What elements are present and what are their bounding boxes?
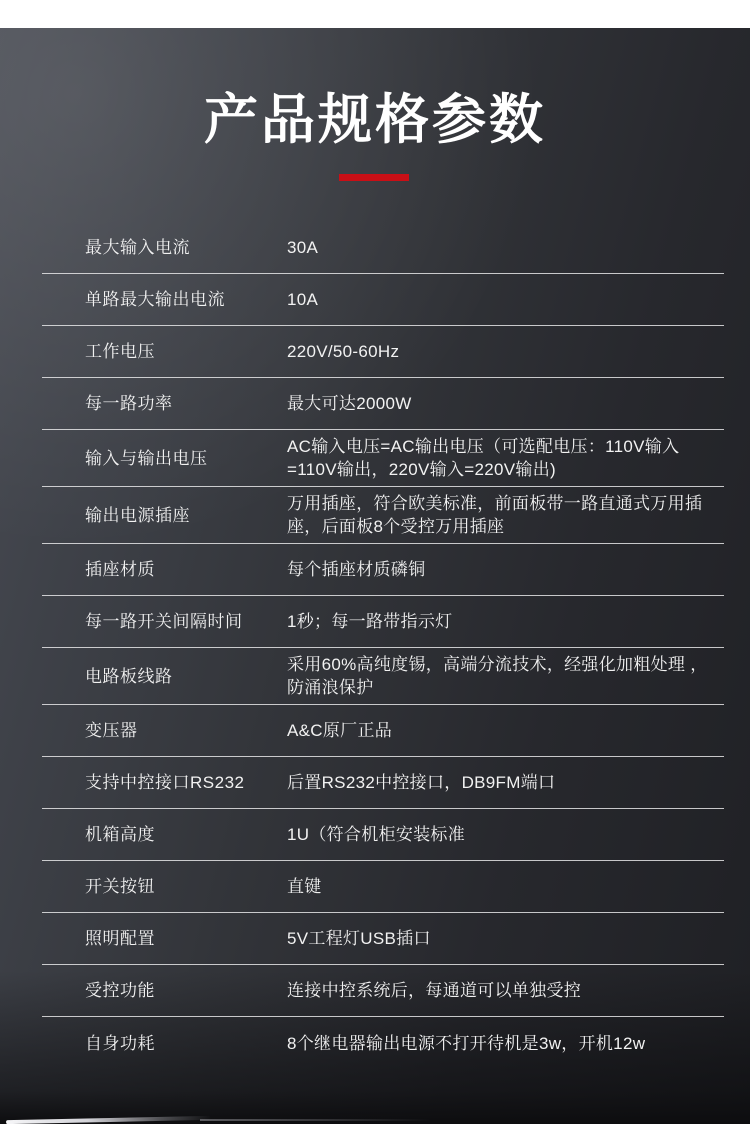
spec-row: 每一路功率 最大可达2000W <box>42 378 724 430</box>
spec-row: 机箱高度 1U（符合机柜安装标准 <box>42 809 724 861</box>
spec-row: 照明配置 5V工程灯USB插口 <box>42 913 724 965</box>
spec-row: 每一路开关间隔时间 1秒；每一路带指示灯 <box>42 596 724 648</box>
spec-row: 工作电压 220V/50-60Hz <box>42 326 724 378</box>
spec-table: 最大输入电流 30A 单路最大输出电流 10A 工作电压 220V/50-60H… <box>0 222 750 1069</box>
spec-value: AC输入电压=AC输出电压（可选配电压：110V输入=110V输出，220V输入… <box>287 435 724 481</box>
spec-value: 1U（符合机柜安装标准 <box>287 823 724 846</box>
page-top-margin <box>0 0 750 28</box>
spec-value: 10A <box>287 288 724 311</box>
spec-row: 输出电源插座 万用插座，符合欧美标准，前面板带一路直通式万用插座，后面板8个受控… <box>42 487 724 544</box>
spec-value: 后置RS232中控接口，DB9FM端口 <box>287 771 724 794</box>
spec-row: 输入与输出电压 AC输入电压=AC输出电压（可选配电压：110V输入=110V输… <box>42 430 724 487</box>
spec-row: 受控功能 连接中控系统后，每通道可以单独受控 <box>42 965 724 1017</box>
spec-label: 变压器 <box>42 719 287 742</box>
spec-row: 开关按钮 直键 <box>42 861 724 913</box>
spec-label: 受控功能 <box>42 979 287 1002</box>
spec-row: 自身功耗 8个继电器输出电源不打开待机是3w，开机12w <box>42 1017 724 1069</box>
spec-value: 每个插座材质磷铜 <box>287 558 724 581</box>
spec-row: 插座材质 每个插座材质磷铜 <box>42 544 724 596</box>
panel-bottom-edge-highlight <box>6 1116 211 1124</box>
page-title: 产品规格参数 <box>0 90 750 150</box>
spec-label: 开关按钮 <box>42 875 287 898</box>
product-spec-panel: 产品规格参数 最大输入电流 30A 单路最大输出电流 10A 工作电压 220V… <box>0 28 750 1124</box>
title-underline-bar <box>339 174 409 181</box>
spec-value: 1秒；每一路带指示灯 <box>287 610 724 633</box>
spec-label: 每一路开关间隔时间 <box>42 610 287 633</box>
panel-bottom-edge-fade <box>200 1119 430 1121</box>
spec-label: 支持中控接口RS232 <box>42 771 287 794</box>
spec-label: 单路最大输出电流 <box>42 288 287 311</box>
spec-label: 自身功耗 <box>42 1032 287 1055</box>
spec-value: 5V工程灯USB插口 <box>287 927 724 950</box>
spec-label: 最大输入电流 <box>42 236 287 259</box>
spec-label: 工作电压 <box>42 340 287 363</box>
spec-row: 支持中控接口RS232 后置RS232中控接口，DB9FM端口 <box>42 757 724 809</box>
spec-row: 电路板线路 采用60%高纯度锡，高端分流技术，经强化加粗处理 ，防涌浪保护 <box>42 648 724 705</box>
spec-value: 采用60%高纯度锡，高端分流技术，经强化加粗处理 ，防涌浪保护 <box>287 653 724 699</box>
spec-row: 单路最大输出电流 10A <box>42 274 724 326</box>
spec-row: 最大输入电流 30A <box>42 222 724 274</box>
spec-label: 机箱高度 <box>42 823 287 846</box>
spec-value: 连接中控系统后，每通道可以单独受控 <box>287 979 724 1002</box>
spec-value: 8个继电器输出电源不打开待机是3w，开机12w <box>287 1032 724 1055</box>
spec-label: 输出电源插座 <box>42 504 287 527</box>
spec-value: 最大可达2000W <box>287 392 724 415</box>
spec-value: 万用插座，符合欧美标准，前面板带一路直通式万用插座，后面板8个受控万用插座 <box>287 492 724 538</box>
spec-row: 变压器 A&C原厂正品 <box>42 705 724 757</box>
spec-label: 电路板线路 <box>42 665 287 688</box>
spec-value: 30A <box>287 236 724 259</box>
spec-label: 照明配置 <box>42 927 287 950</box>
spec-label: 输入与输出电压 <box>42 447 287 470</box>
spec-value: 220V/50-60Hz <box>287 340 724 363</box>
spec-label: 每一路功率 <box>42 392 287 415</box>
spec-value: 直键 <box>287 875 724 898</box>
spec-value: A&C原厂正品 <box>287 719 724 742</box>
spec-label: 插座材质 <box>42 558 287 581</box>
